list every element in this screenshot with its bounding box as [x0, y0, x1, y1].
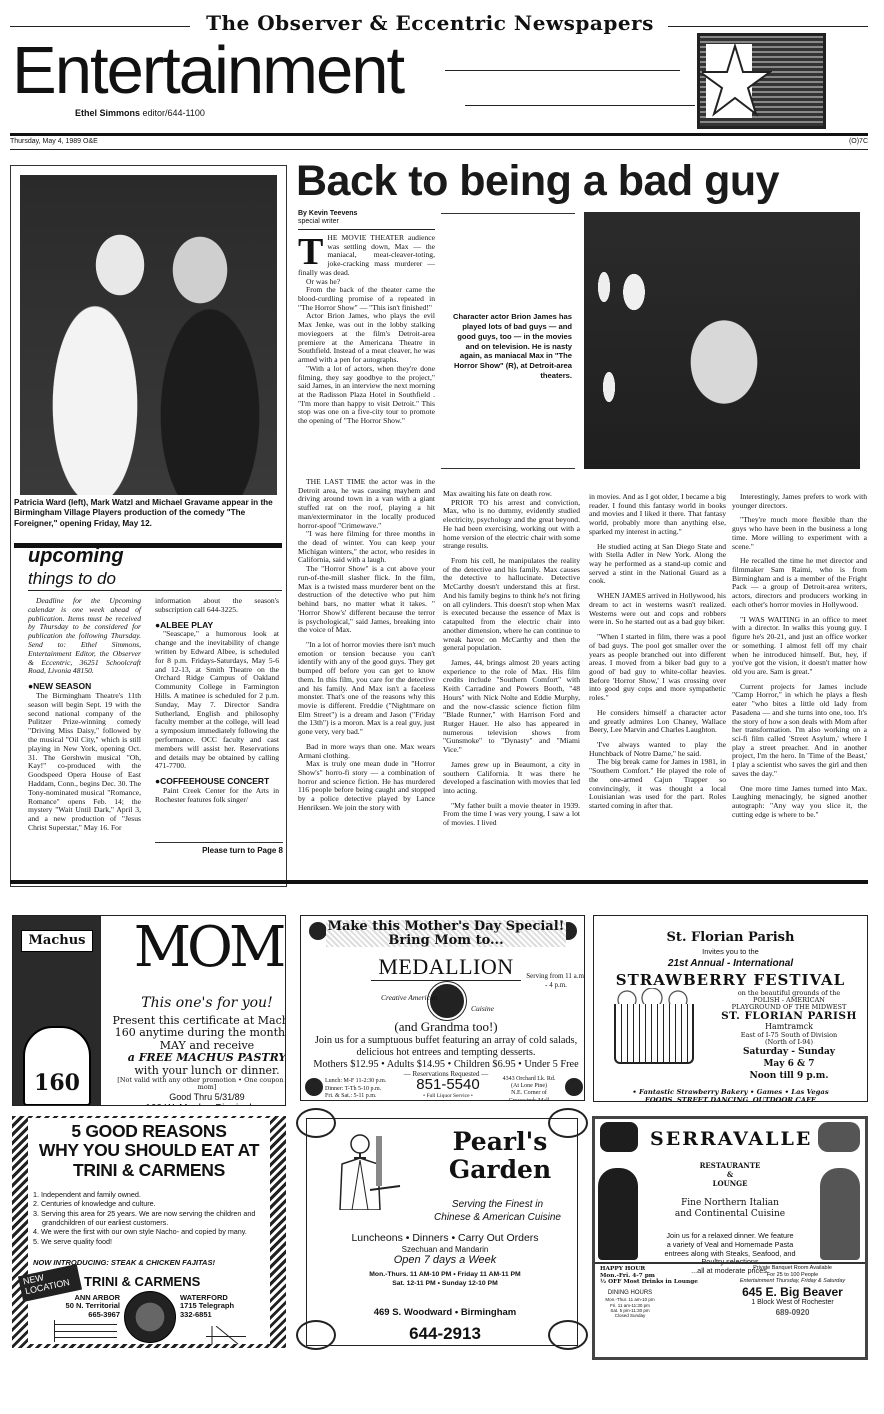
trini-headline: 5 GOOD REASONS WHY YOU SHOULD EAT AT TRI… [28, 1122, 270, 1180]
cuisine-label: Cuisine [471, 1004, 494, 1013]
masthead-rule-left [10, 26, 190, 27]
pearls-title: Pearl's Garden [420, 1128, 580, 1184]
article-column-3: in movies. And as I got older, I became … [589, 493, 726, 811]
caption-rule [441, 468, 575, 469]
maple-leaf-badge-icon: 160 [23, 1026, 91, 1106]
parish-title: St. Florian Parish [594, 930, 867, 945]
item-text: "Seascape," a humorous look at change an… [155, 630, 279, 771]
article-column-1b: THE LAST TIME the actor was in the Detro… [298, 478, 435, 813]
medallion-name: MEDALLION [371, 954, 521, 981]
medallion-body: (and Grandma too!) Join us for a sumptuo… [305, 1020, 585, 1078]
upcoming-rule [28, 590, 282, 591]
location-ann-arbor: ANN ARBOR 50 N. Territorial 665-3967 [44, 1294, 120, 1319]
location-waterford: WATERFORD 1715 Telegraph 332-6851 [180, 1294, 260, 1319]
upcoming-title: upcoming [28, 545, 124, 568]
machus-body: This one's for you! Present this certifi… [107, 996, 286, 1106]
woman-silhouette-icon [820, 1168, 860, 1260]
byline: By Kevin Teevens special writer [298, 210, 357, 226]
happy-hour: HAPPY HOUR Mon.-Fri. 4-7 pm ½ OFF Most D… [600, 1266, 698, 1286]
editor-credit: Ethel Simmons editor/644-1100 [75, 108, 205, 118]
title-rule [445, 70, 680, 71]
article-column-1: THE MOVIE THEATER audience was settling … [298, 234, 435, 426]
article-column-4: Interestingly, James prefers to work wit… [732, 493, 867, 819]
ad-strawberry-festival: St. Florian Parish Invites you to the 21… [593, 915, 868, 1102]
machus-logo: Machus [21, 930, 93, 952]
reasons-list: 1. Independent and family owned. 2. Cent… [33, 1190, 269, 1246]
issue-date: Thursday, May 4, 1989 O&E [10, 138, 98, 145]
page-code: (O)7C [849, 138, 868, 145]
dining-hours: DINING HOURS Mon.-Thur. 11 am-10 pm Fri.… [598, 1290, 662, 1319]
newspaper-name: The Observer & Eccentric Newspapers [195, 11, 665, 35]
flower-logo-icon [309, 922, 327, 940]
ad-machus: Machus 160 MOM This one's for you! Prese… [12, 915, 286, 1106]
medallion-address: 4343 Orchard Lk. Rd. (At Lone Pine) N.E.… [493, 1076, 565, 1101]
creative-american: Creative American [381, 994, 437, 1002]
waiter-illustration-icon [330, 1130, 410, 1210]
strawberry-basket-icon [614, 1004, 694, 1064]
masthead-rule-right [668, 26, 868, 27]
byline-name: By Kevin Teevens [298, 210, 357, 217]
article-headline: Back to being a bad guy [296, 160, 779, 203]
flower-logo-icon [565, 1078, 583, 1096]
serravalle-cuisine: Fine Northern Italian and Continental Cu… [660, 1198, 800, 1220]
mom-headline: MOM [113, 920, 286, 976]
photo-caption: Patricia Ward (left), Mark Watzl and Mic… [14, 498, 284, 529]
drop-cap: T [298, 236, 323, 268]
medallion-hours: Lunch: M-F 11-2:30 p.m. Dinner: T-Th 5-1… [325, 1078, 386, 1101]
pearls-address: 469 S. Woodward • Birmingham [305, 1307, 585, 1318]
title-rule [465, 105, 695, 106]
ad-medallion: Make this Mother's Day Special! Bring Mo… [300, 915, 585, 1101]
section-title: Entertainment [12, 37, 403, 104]
deadline-notice: Deadline for the Upcoming calendar is on… [28, 597, 141, 676]
editor-contact: editor/644-1100 [143, 108, 205, 118]
upcoming-subtitle: things to do [28, 569, 116, 589]
article-column-2: Max awaiting his fate on death row. PRIO… [443, 490, 580, 828]
man-silhouette-icon [598, 1168, 638, 1260]
theater-photo [20, 175, 277, 495]
byline-rule [298, 229, 435, 230]
editor-name: Ethel Simmons [75, 108, 140, 118]
actor-photo [584, 212, 860, 469]
star-icon [697, 33, 826, 129]
item-text: The Birmingham Theatre's 11th season wil… [28, 692, 141, 833]
pearls-tagline: Serving the Finest in Chinese & American… [405, 1198, 590, 1224]
trini-name: TRINI & CARMENS [84, 1274, 200, 1289]
continued-link[interactable]: Please turn to Page 8 [155, 842, 283, 855]
dateline-rule [10, 133, 868, 136]
grapes-illustration-icon [600, 1122, 638, 1152]
flower-logo-icon [305, 1078, 323, 1096]
waterford-map-icon [206, 1326, 246, 1344]
festival-title: STRAWBERRY FESTIVAL [594, 971, 867, 989]
medallion-phone: 851-5540• Full Liquor Service • [403, 1076, 493, 1099]
machus-sidebar: Machus 160 [13, 916, 101, 1105]
photo-caption: Character actor Brion James has played l… [445, 312, 572, 381]
festival-features: • Fantastic Strawberry Bakery • Games • … [594, 1088, 867, 1102]
pearls-details: Luncheons • Dinners • Carry Out Orders S… [305, 1232, 585, 1288]
medallion-banner: Make this Mother's Day Special! Bring Mo… [326, 920, 566, 947]
festival-details: on the beautiful grounds of the POLISH -… [709, 990, 868, 1082]
restaurant-photo [124, 1291, 176, 1343]
dateline: Thursday, May 4, 1989 O&E (O)7C [10, 138, 868, 145]
item-text-continued: information about the season's subscript… [155, 597, 279, 615]
caption-rule [441, 213, 575, 214]
upcoming-column-2: information about the season's subscript… [155, 597, 279, 811]
ann-arbor-map-icon [54, 1320, 116, 1342]
serving-hours: Serving from 11 a.m. - 4 p.m. [526, 972, 585, 990]
upcoming-column-1: Deadline for the Upcoming calendar is on… [28, 597, 141, 839]
byline-title: special writer [298, 218, 339, 225]
serravalle-divider [595, 1262, 865, 1264]
item-text: Paint Creek Center for the Arts in Roche… [155, 787, 279, 805]
pearls-phone: 644-2913 [305, 1324, 585, 1344]
serravalle-contact: Private Banquet Room Available For 25 to… [720, 1265, 865, 1317]
dateline-rule [10, 149, 868, 150]
serravalle-subtitle: RESTAURANTE & LOUNGE [650, 1161, 810, 1188]
serravalle-name: SERRAVALLE [650, 1128, 810, 1150]
section-divider [10, 880, 868, 884]
grapes-illustration-icon [818, 1122, 860, 1152]
